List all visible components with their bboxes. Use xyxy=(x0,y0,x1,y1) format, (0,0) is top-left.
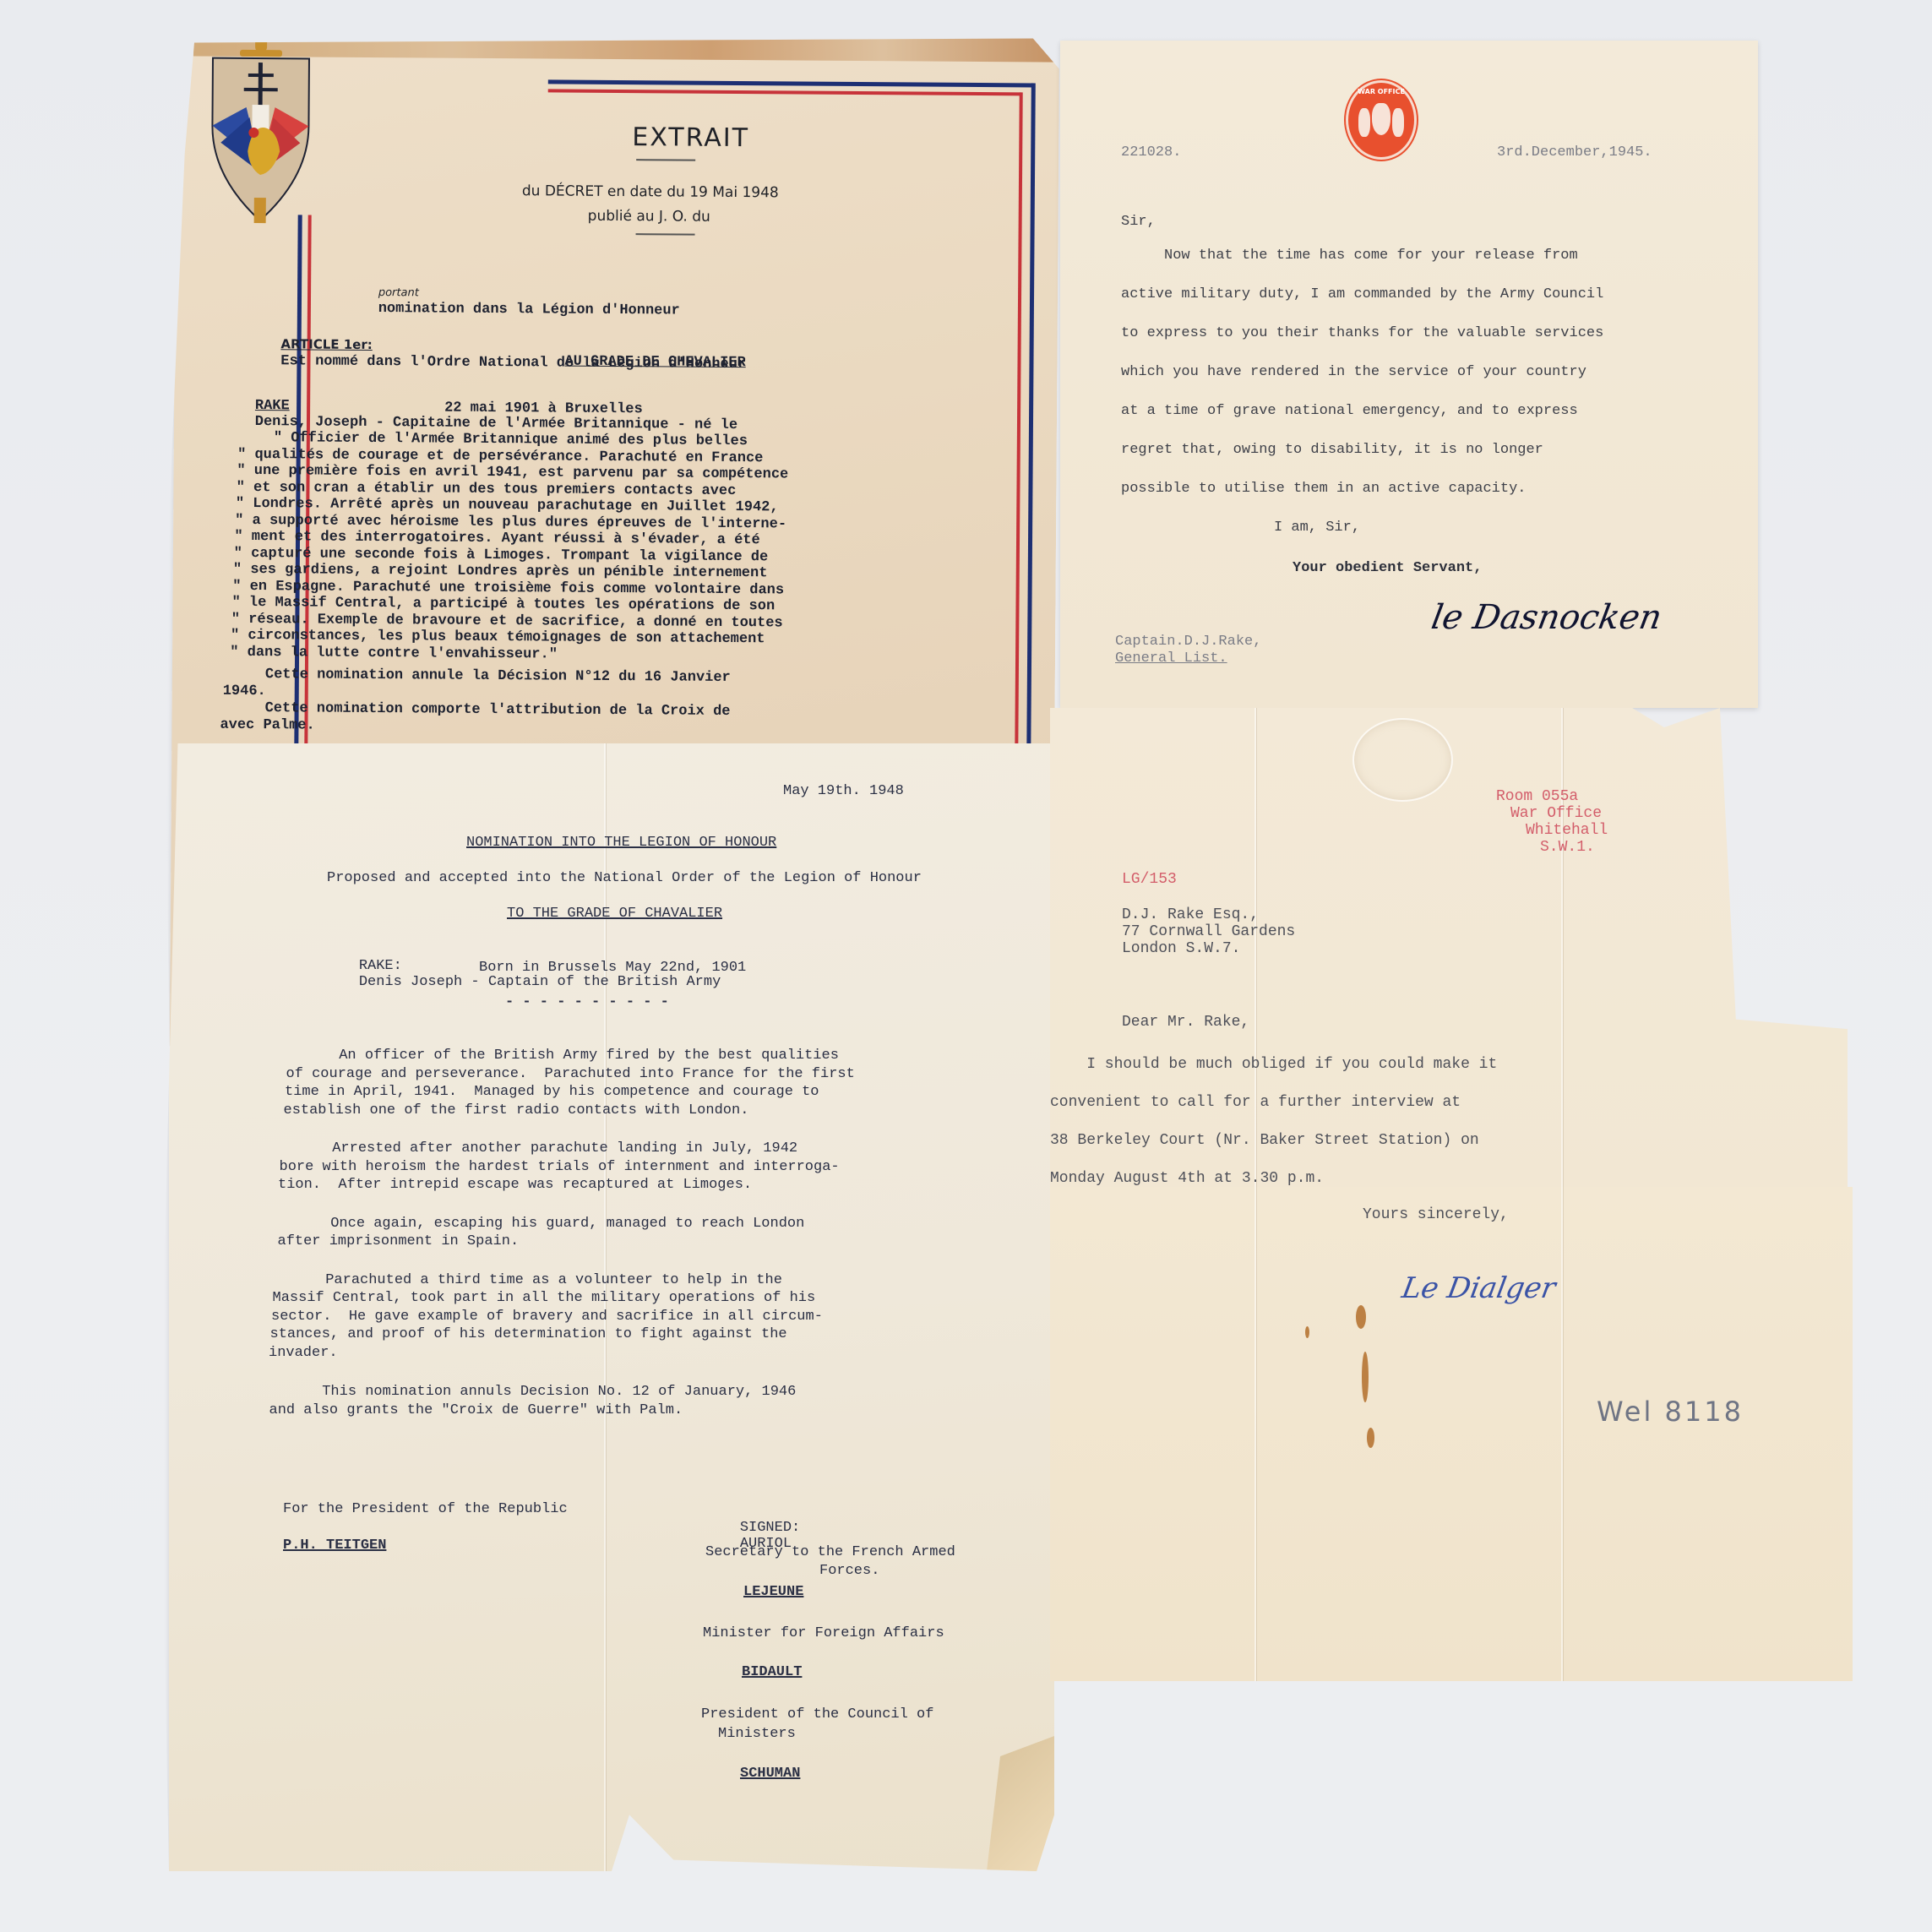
paragraph-line: bore with heroism the hardest trials of … xyxy=(280,1159,840,1175)
birth-line: Born in Brussels May 22nd, 1901 xyxy=(479,960,746,976)
body-line: to express to you their thanks for the v… xyxy=(1121,325,1603,341)
surname-label: RAKE xyxy=(255,398,290,414)
document-title: EXTRAIT xyxy=(632,122,749,153)
signed-label: SIGNED: xyxy=(740,1520,800,1536)
paragraph-line: sector. He gave example of bravery and s… xyxy=(271,1309,823,1325)
separator: - - - - - - - - - - xyxy=(505,994,669,1010)
paragraph-line: of courage and perseverance. Parachuted … xyxy=(286,1066,855,1082)
surname-label: RAKE: xyxy=(359,958,402,974)
free-french-shield-icon xyxy=(205,24,317,237)
paragraph-line: tion. After intrepid escape was recaptur… xyxy=(278,1177,752,1193)
body-line: active military duty, I am commanded by … xyxy=(1121,286,1603,302)
rust-stain xyxy=(1362,1352,1369,1402)
rust-stain xyxy=(1367,1428,1374,1448)
recipient-line: London S.W.7. xyxy=(1122,940,1240,957)
paragraph-line: after imprisonment in Spain. xyxy=(278,1233,520,1249)
english-translation-document: May 19th. 1948 NOMINATION INTO THE LEGIO… xyxy=(169,743,1054,1871)
grade-heading: TO THE GRADE OF CHAVALIER xyxy=(507,906,722,922)
foreign-minister-name: BIDAULT xyxy=(742,1664,802,1680)
divider xyxy=(636,159,695,161)
body-line: Monday August 4th at 3.30 p.m. xyxy=(1050,1170,1324,1187)
council-president-name: SCHUMAN xyxy=(740,1766,800,1782)
recipient-line: D.J. Rake Esq., xyxy=(1122,906,1259,923)
decree-date-line: du DÉCRET en date du 19 Mai 1948 xyxy=(522,182,779,201)
secretary-name: LEJEUNE xyxy=(743,1584,803,1600)
embossed-royal-arms-icon xyxy=(1352,718,1453,802)
tricolor-border xyxy=(548,89,1021,95)
left-signatory-label: For the President of the Republic xyxy=(283,1501,568,1517)
letterhead-line: Room 055a xyxy=(1496,788,1578,805)
article-label: ARTICLE 1er: xyxy=(280,336,372,352)
letter-date: 3rd.December,1945. xyxy=(1497,144,1652,161)
annul-year: 1946. xyxy=(223,683,266,699)
interview-letter-lower-fold xyxy=(1050,1187,1853,1681)
left-signatory-name: P.H. TEITGEN xyxy=(283,1537,386,1554)
salutation: Sir, xyxy=(1121,214,1156,230)
paragraph-line: Parachuted a third time as a volunteer t… xyxy=(274,1272,782,1288)
body-line: possible to utilise them in an active ca… xyxy=(1121,481,1526,497)
grant-line: Cette nomination comporte l'attribution … xyxy=(265,700,731,720)
grade-heading: AU GRADE DE CHEVALIER xyxy=(564,354,745,371)
paragraph-line: Massif Central, took part in all the mil… xyxy=(273,1290,816,1306)
letter-reference: LG/153 xyxy=(1122,871,1177,888)
letter-reference: 221028. xyxy=(1121,144,1181,161)
purpose-text: nomination dans la Légion d'Honneur xyxy=(378,301,680,318)
annul-line: Cette nomination annule la Décision N°12… xyxy=(265,667,731,686)
subtitle: Proposed and accepted into the National … xyxy=(327,870,922,886)
body-line: I should be much obliged if you could ma… xyxy=(1050,1056,1497,1073)
name-line: Denis Joseph - Captain of the British Ar… xyxy=(359,974,721,990)
reference-code: JG/CA xyxy=(928,26,971,42)
paragraph-line: stances, and proof of his determination … xyxy=(270,1326,787,1342)
letterhead-line: Whitehall xyxy=(1526,822,1608,839)
war-office-release-letter: WAR OFFICE 221028. 3rd.December,1945. Si… xyxy=(1060,41,1758,708)
addressee-list: General List. xyxy=(1115,650,1227,667)
tricolor-border xyxy=(548,79,1034,87)
published-line: publié au J. O. du xyxy=(588,208,710,226)
paragraph-line: invader. xyxy=(269,1345,338,1361)
closing: Yours sincerely, xyxy=(1363,1206,1509,1223)
closing-servant: Your obedient Servant, xyxy=(1293,560,1482,576)
paragraph-line: An officer of the British Army fired by … xyxy=(287,1048,839,1064)
document-date: May 19th. 1948 xyxy=(783,783,904,799)
age-stain xyxy=(193,33,1055,63)
paragraph-line: and also grants the "Croix de Guerre" wi… xyxy=(269,1402,683,1418)
body-line: which you have rendered in the service o… xyxy=(1121,364,1586,380)
divider xyxy=(636,233,695,235)
rust-stain xyxy=(1305,1326,1309,1338)
curled-corner xyxy=(987,1736,1054,1871)
body-line: 38 Berkeley Court (Nr. Baker Street Stat… xyxy=(1050,1132,1479,1149)
foreign-minister-title: Minister for Foreign Affairs xyxy=(703,1625,944,1641)
salutation: Dear Mr. Rake, xyxy=(1122,1014,1249,1031)
paragraph-line: Arrested after another parachute landing… xyxy=(280,1140,797,1156)
pencil-phone-note: Wel 8118 xyxy=(1597,1396,1744,1428)
body-line: regret that, owing to disability, it is … xyxy=(1121,442,1543,458)
paragraph-line: establish one of the first radio contact… xyxy=(284,1102,749,1118)
rust-stain xyxy=(1356,1305,1366,1329)
document-title: NOMINATION INTO THE LEGION OF HONOUR xyxy=(466,835,776,851)
addressee-name: Captain.D.J.Rake, xyxy=(1115,634,1261,650)
paragraph-line: Once again, escaping his guard, managed … xyxy=(279,1216,804,1232)
letterhead-line: S.W.1. xyxy=(1540,839,1595,856)
secretary-title: Secretary to the French Armed xyxy=(705,1544,955,1560)
body-line: Now that the time has come for your rele… xyxy=(1121,248,1578,264)
secretary-title-2: Forces. xyxy=(819,1563,879,1579)
grant-line-2: avec Palme. xyxy=(220,717,314,734)
purpose-prefix: portant xyxy=(378,286,419,299)
signature: le Dasnocken xyxy=(1429,598,1665,637)
body-line: convenient to call for a further intervi… xyxy=(1050,1094,1461,1111)
council-president-title-2: Ministers xyxy=(718,1726,796,1742)
birth-line: 22 mai 1901 à Bruxelles xyxy=(444,400,643,418)
war-office-seal-icon: WAR OFFICE xyxy=(1346,80,1417,160)
recipient-line: 77 Cornwall Gardens xyxy=(1122,923,1295,940)
closing: I am, Sir, xyxy=(1274,520,1360,536)
body-line: at a time of grave national emergency, a… xyxy=(1121,403,1578,419)
council-president-title: President of the Council of xyxy=(701,1706,933,1722)
paragraph-line: This nomination annuls Decision No. 12 o… xyxy=(270,1384,796,1400)
signature: Le Dialger xyxy=(1399,1271,1558,1305)
letterhead-line: War Office xyxy=(1510,805,1602,822)
citation-line: " dans la lutte contre l'envahisseur." xyxy=(230,644,558,662)
paragraph-line: time in April, 1941. Managed by his comp… xyxy=(285,1084,819,1100)
